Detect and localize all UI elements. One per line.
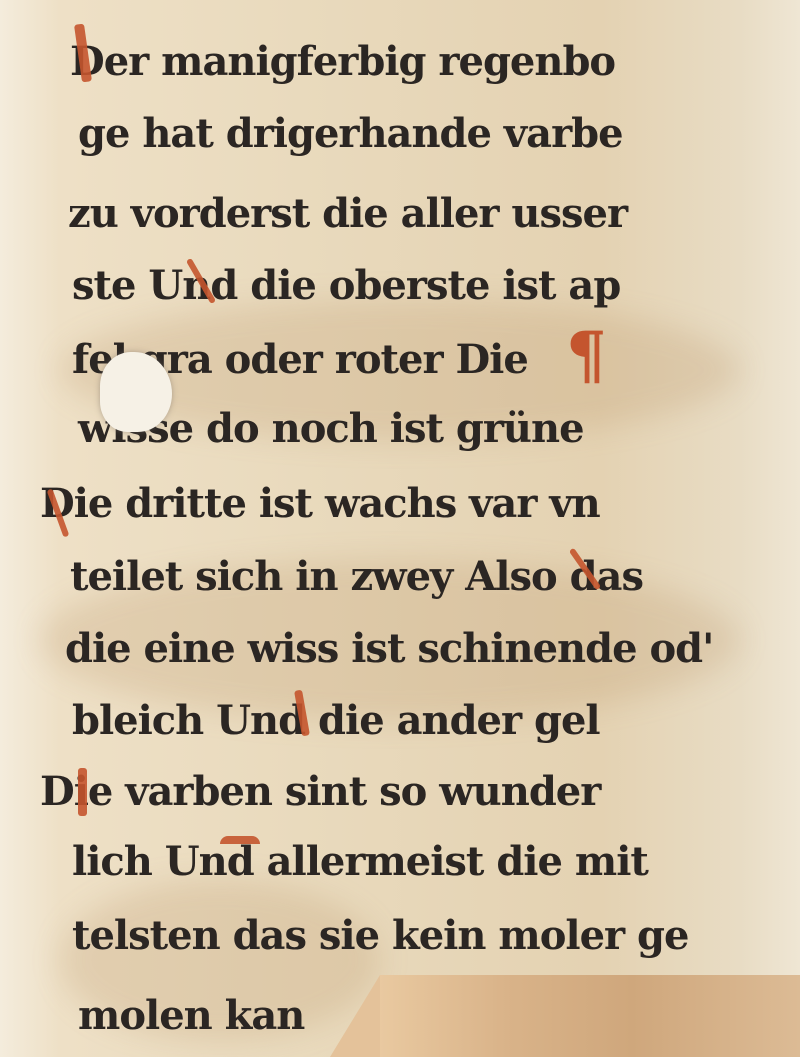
- manuscript-page: Der manigferbig regenbo ge hat drigerhan…: [0, 0, 800, 1057]
- text-line-12: lich Und allermeist die mit: [72, 838, 648, 885]
- text-line-10: bleich Und die ander gel: [72, 697, 600, 744]
- parchment-hole: [100, 352, 172, 432]
- text-line-14: molen kan: [78, 992, 304, 1039]
- text-line-8: teilet sich in zwey Also das: [70, 553, 643, 600]
- text-line-9: die eine wiss ist schinende od': [65, 625, 713, 672]
- text-line-13: telsten das sie kein moler ge: [72, 912, 688, 959]
- rubric-stroke: [220, 836, 260, 844]
- text-line-7: Die dritte ist wachs var vn: [40, 480, 600, 527]
- text-line-3: zu vorderst die aller usser: [68, 190, 627, 237]
- rubric-stroke: [78, 768, 87, 816]
- page-edge: [330, 975, 380, 1057]
- text-line-11: Die varben sint so wunder: [40, 768, 600, 815]
- pilcrow-mark: ¶: [566, 318, 607, 393]
- text-line-1: Der manigferbig regenbo: [70, 38, 615, 85]
- page-edge: [380, 975, 800, 1057]
- text-line-2: ge hat drigerhande varbe: [78, 110, 623, 157]
- text-line-4: ste Und die oberste ist ap: [72, 262, 620, 309]
